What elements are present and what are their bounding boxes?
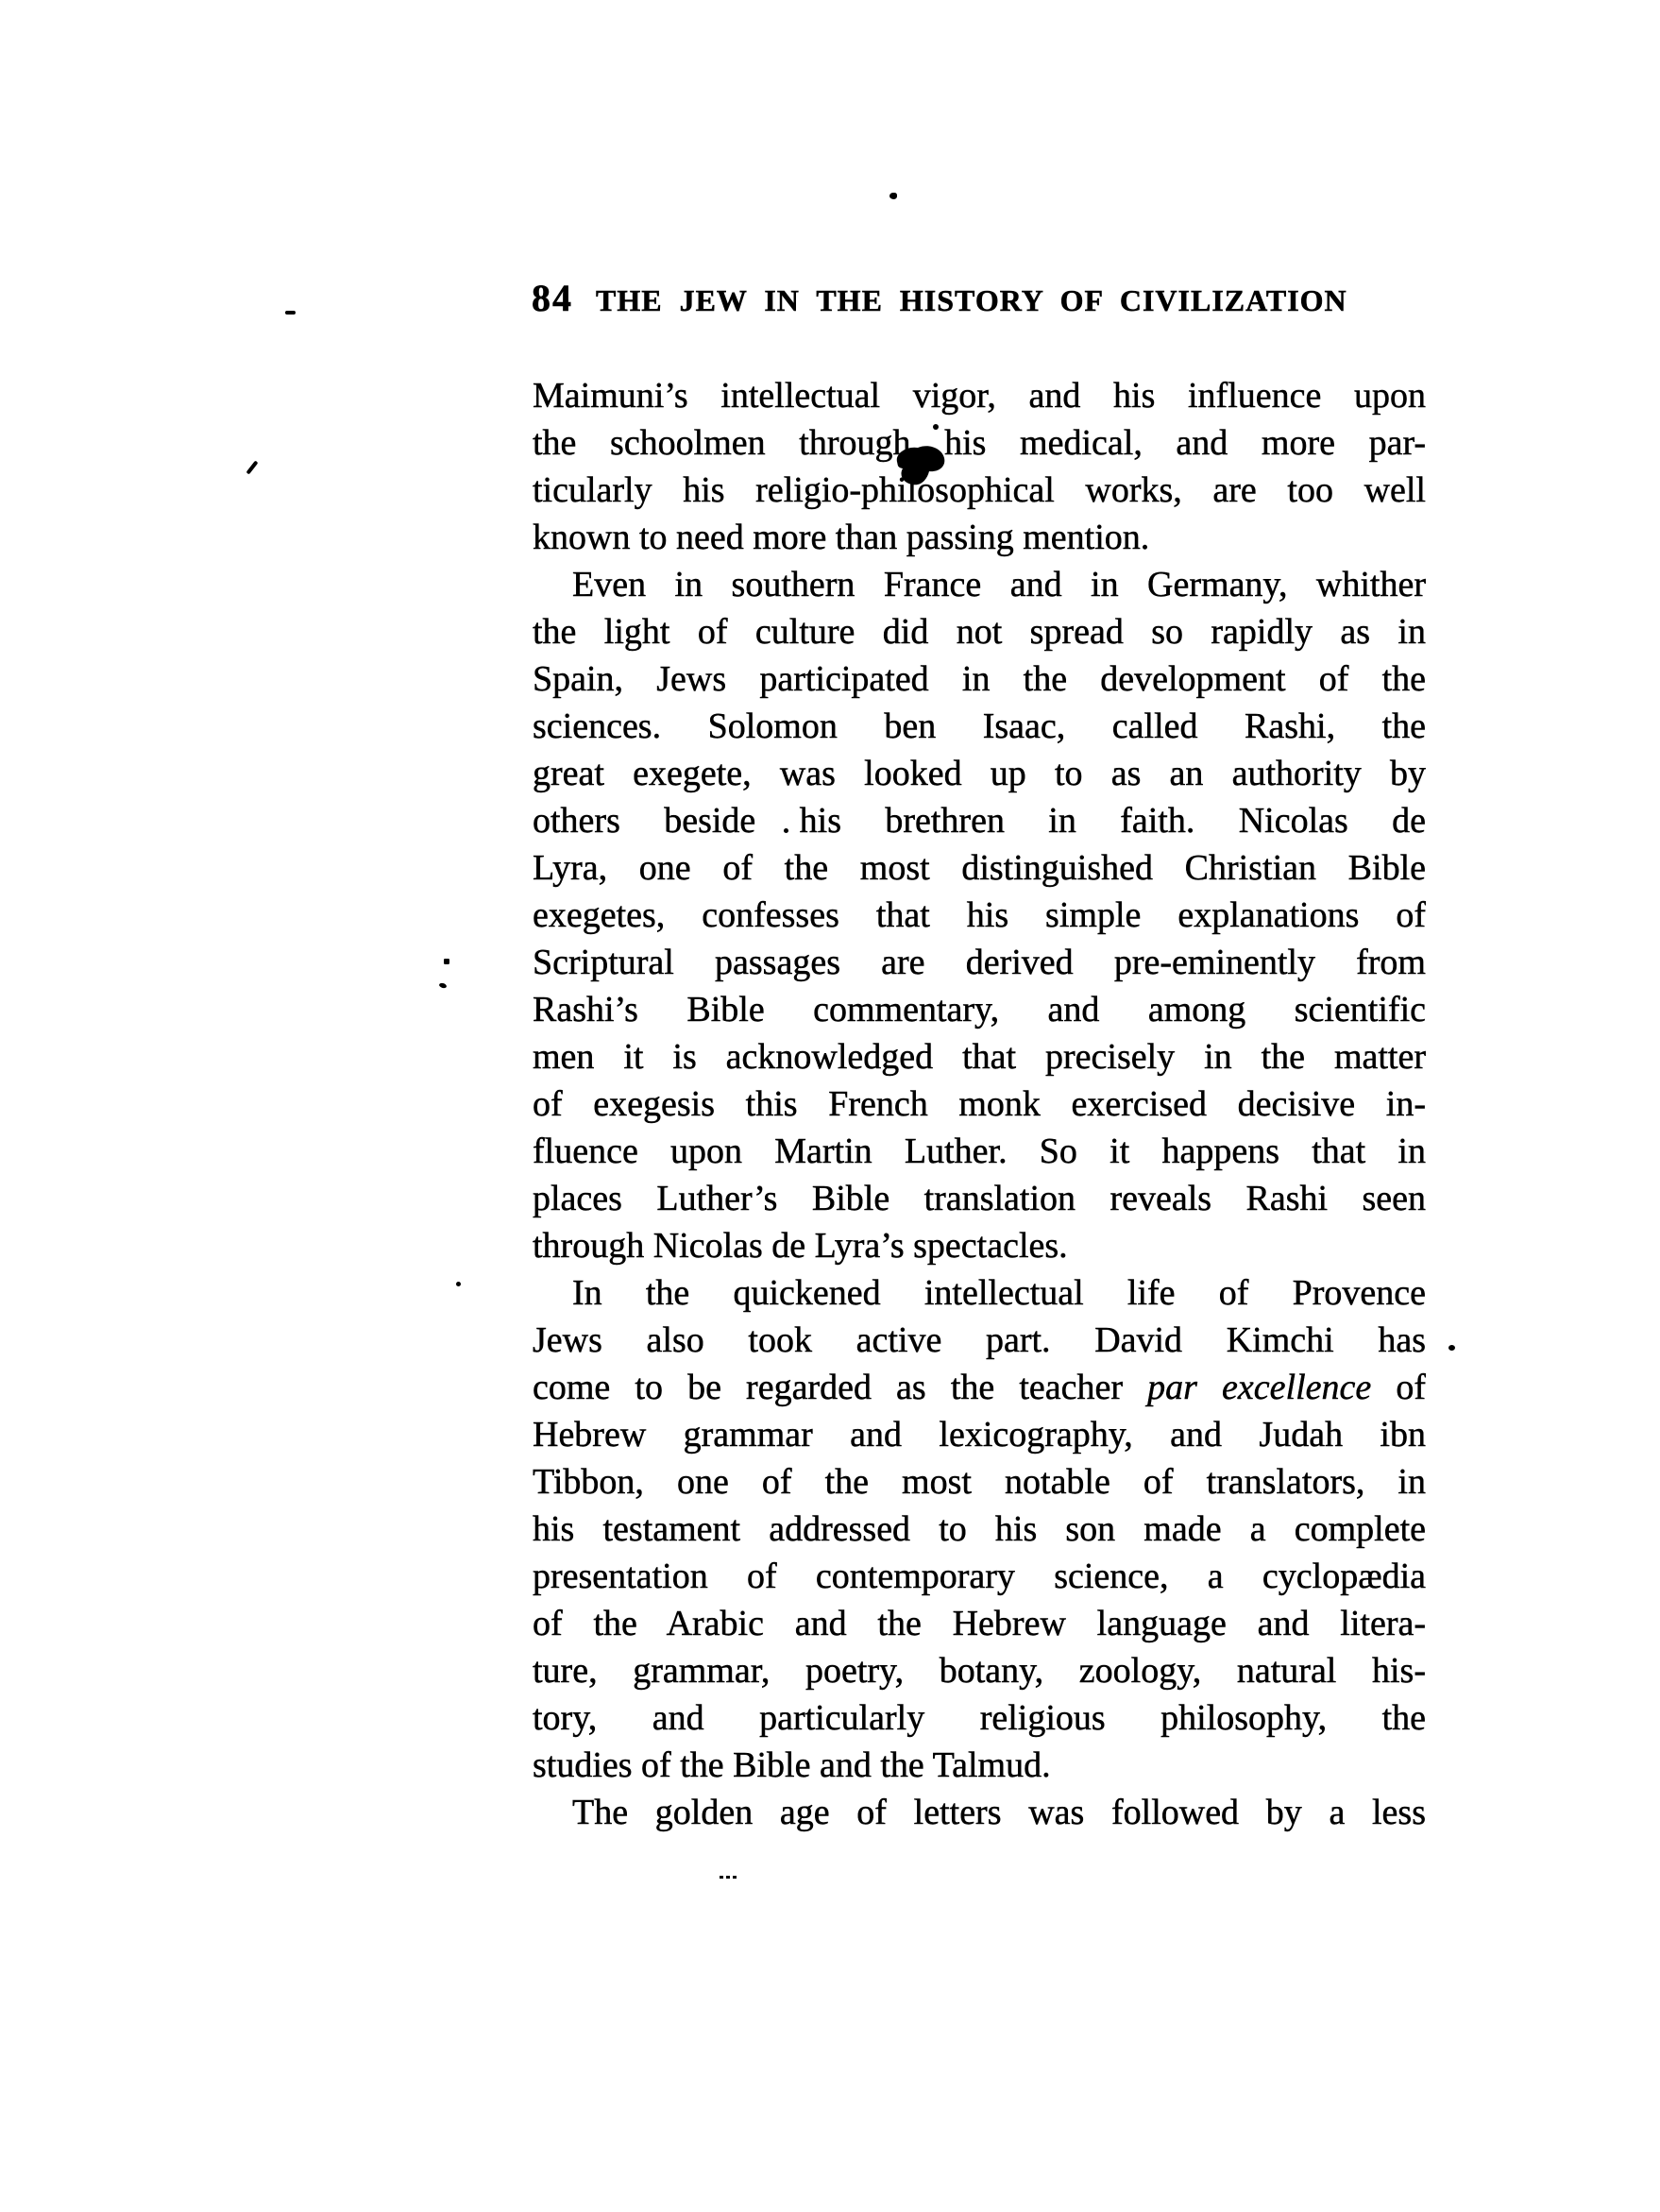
text-line: Maimuni’s intellectual vigor, and his in… (533, 372, 1426, 419)
text-line: places Luther’s Bible translation reveal… (533, 1175, 1426, 1222)
text-line: Rashi’s Bible commentary, and among scie… (533, 986, 1426, 1033)
text-line: the schoolmen through his medical, and m… (533, 419, 1426, 467)
text-line: others beside his brethren in faith. Nic… (533, 797, 1426, 844)
text-line: through Nicolas de Lyra’s spectacles. (533, 1222, 1426, 1269)
text-segment: come to be regarded as the teacher (533, 1368, 1147, 1407)
bottom-ellipsis-dash (720, 1876, 723, 1879)
margin-ink-speck (456, 1282, 461, 1286)
text-line: his testament addressed to his son made … (533, 1506, 1426, 1553)
text-line: known to need more than passing mention. (533, 514, 1426, 561)
ink-speck (784, 828, 788, 833)
page-header: 84THE JEW IN THE HISTORY OF CIVILIZATION (532, 276, 1347, 320)
text-line: ture, grammar, poetry, botany, zoology, … (533, 1647, 1426, 1694)
text-line: ticularly his religio-philosophical work… (533, 467, 1426, 514)
text-line: tory, and particularly religious philoso… (533, 1694, 1426, 1742)
ink-speck (933, 424, 939, 430)
text-line: come to be regarded as the teacher par e… (533, 1364, 1426, 1411)
bottom-ellipsis-dash (726, 1876, 730, 1879)
text-line: The golden age of letters was followed b… (533, 1789, 1426, 1836)
text-line: In the quickened intellectual life of Pr… (533, 1269, 1426, 1317)
margin-dash-mark (285, 311, 296, 315)
text-line: studies of the Bible and the Talmud. (533, 1742, 1426, 1789)
text-line: presentation of contemporary science, a … (533, 1553, 1426, 1600)
text-line: of the Arabic and the Hebrew language an… (533, 1600, 1426, 1647)
text-line: Spain, Jews participated in the developm… (533, 655, 1426, 703)
bottom-ellipsis-dash (733, 1876, 737, 1879)
body-text: Maimuni’s intellectual vigor, and his in… (533, 372, 1426, 1836)
book-page: 84THE JEW IN THE HISTORY OF CIVILIZATION… (0, 0, 1660, 2212)
text-line: exegetes, confesses that his simple expl… (533, 892, 1426, 939)
text-line: men it is acknowledged that precisely in… (533, 1033, 1426, 1080)
text-line: Lyra, one of the most distinguished Chri… (533, 844, 1426, 892)
text-line: great exegete, was looked up to as an au… (533, 750, 1426, 797)
text-line: Even in southern France and in Germany, … (533, 561, 1426, 608)
text-line: the light of culture did not spread so r… (533, 608, 1426, 655)
ink-speck (1448, 1345, 1455, 1351)
text-line: of exegesis this French monk exercised d… (533, 1080, 1426, 1128)
ink-blot-artifact (884, 436, 952, 491)
margin-ink-speck (438, 982, 447, 989)
italic-phrase: par excellence (1147, 1368, 1371, 1407)
text-line: sciences. Solomon ben Isaac, called Rash… (533, 703, 1426, 750)
page-number: 84 (532, 277, 573, 319)
text-line: Jews also took active part. David Kimchi… (533, 1317, 1426, 1364)
margin-tick-mark (246, 460, 258, 474)
text-line: Tibbon, one of the most notable of trans… (533, 1458, 1426, 1506)
text-line: Hebrew grammar and lexicography, and Jud… (533, 1411, 1426, 1458)
margin-ink-speck (444, 959, 449, 964)
text-segment: of (1371, 1368, 1426, 1407)
ink-speck (889, 193, 897, 199)
text-line: fluence upon Martin Luther. So it happen… (533, 1128, 1426, 1175)
running-title: THE JEW IN THE HISTORY OF CIVILIZATION (596, 283, 1347, 317)
text-line: Scriptural passages are derived pre-emin… (533, 939, 1426, 986)
